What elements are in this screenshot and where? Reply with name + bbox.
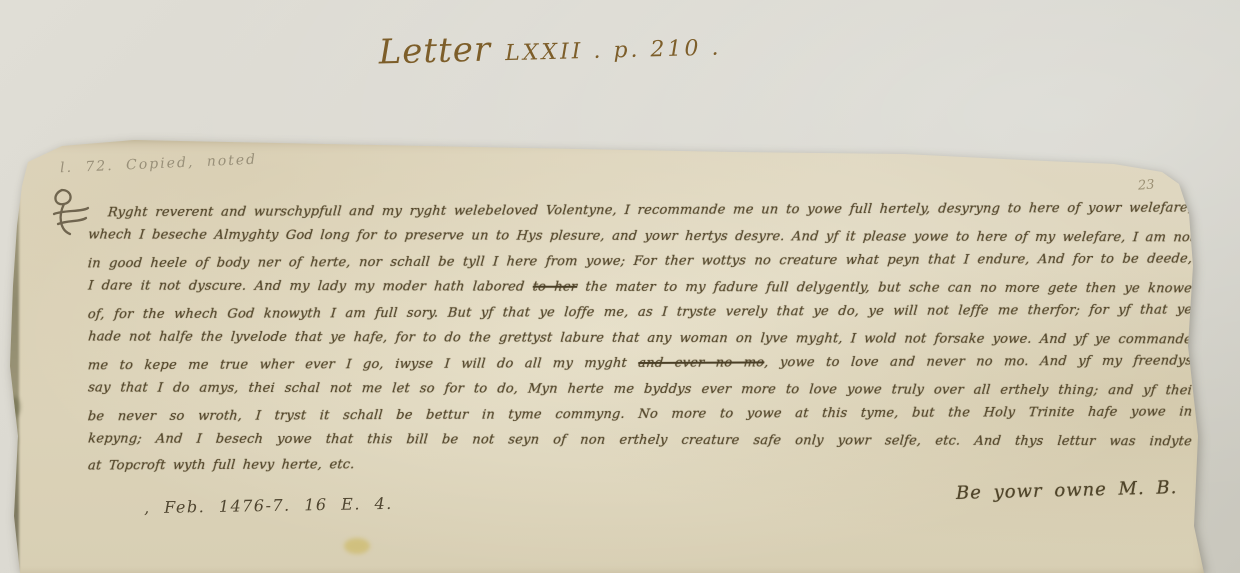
edge-stain (5, 432, 17, 448)
line-text: whech I beseche Almyghty God long for to… (87, 227, 1196, 245)
manuscript-line: Ryght reverent and wurschypfull and my r… (107, 196, 1194, 227)
photograph-of-manuscript: LetterLXXII . p. 210 . l. 72. Copied, no… (0, 0, 1240, 573)
manuscript-line: of, for the whech God knowyth I am full … (87, 298, 1194, 329)
line-text: say that I do amys, thei schal not me le… (87, 380, 1192, 398)
line-text: be never so wroth, I tryst it schall be … (87, 405, 1193, 425)
line-text: in good heele of body ner of herte, nor … (87, 252, 1193, 272)
manuscript-line: kepyng; And I besech yowe that this bill… (87, 426, 1193, 455)
line-text: of, for the whech God knowyth I am full … (87, 303, 1193, 323)
line-text: hade not halfe the lyvelode that ye hafe… (87, 329, 1192, 347)
line-text: me to kepe me true wher ever I go, iwyse… (87, 356, 639, 373)
line-text: at Topcroft wyth full hevy herte, etc. (87, 457, 355, 473)
line-text: I dare it not dyscure. And my lady my mo… (87, 278, 533, 294)
manuscript-sheet: l. 72. Copied, noted 23 Ryght reverent a… (4, 136, 1210, 573)
manuscript-line: me to kepe me true wher ever I go, iwyse… (87, 349, 1194, 380)
manuscript-line: in good heele of body ner of herte, nor … (87, 247, 1194, 278)
struck-text: and ever no mo (638, 355, 765, 371)
struck-text: to her (532, 279, 578, 294)
line-text: the mater to my fadure full delygently, … (577, 279, 1193, 296)
line-text: kepyng; And I besech yowe that this bill… (87, 431, 1192, 449)
manuscript-sheet-shadow: l. 72. Copied, noted 23 Ryght reverent a… (0, 0, 1240, 573)
manuscript-line: be never so wroth, I tryst it schall be … (87, 400, 1194, 431)
manuscript-line: at Topcroft wyth full hevy herte, etc. (87, 452, 356, 479)
line-text: , yowe to love and never no mo. And yf m… (764, 354, 1193, 371)
line-text: Ryght reverent and wurschypfull and my r… (107, 201, 1193, 221)
